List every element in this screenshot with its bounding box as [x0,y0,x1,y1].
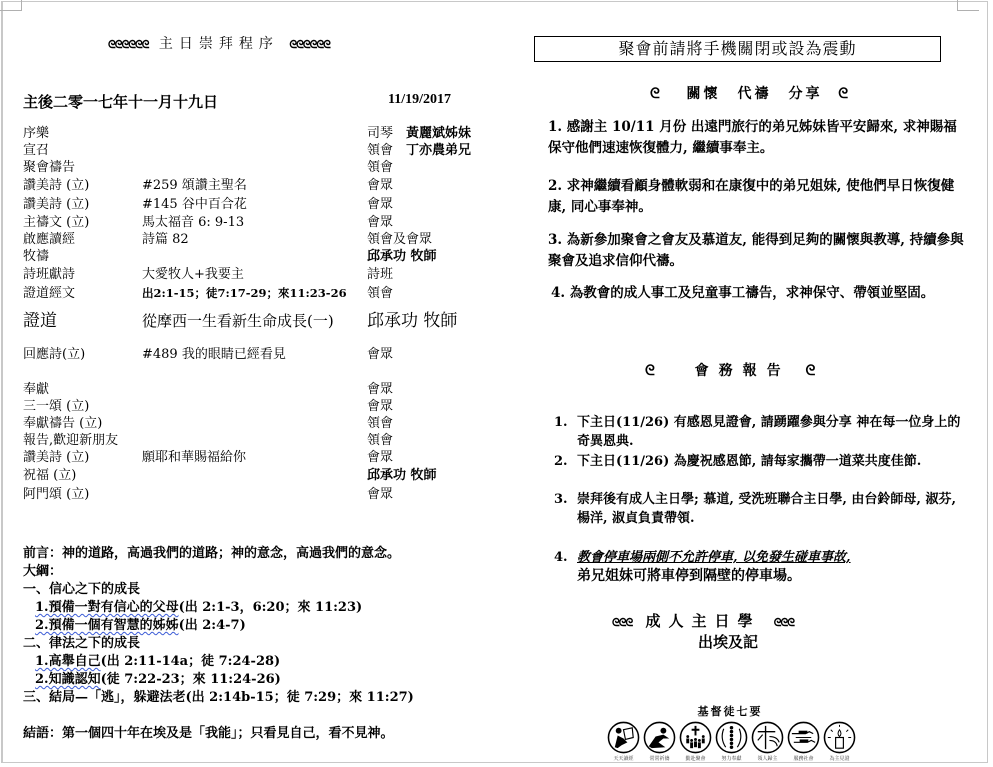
program-role: 會眾 [367,176,393,195]
program-item: 奉獻禱告 (立) [23,415,102,432]
essential-item: 為主見證 [822,721,857,762]
essential-item: 努力奉獻 [714,721,749,762]
offering-icon [714,721,749,754]
program-role: 領會 [367,284,393,303]
prayer-item-4: 4. 為教會的成人事工及兒童事工禱告，求神保守、帶領並堅固。 [551,283,971,304]
phone-notice-box: 聚會前請將手機關閉或設為震動 [534,36,941,62]
program-row: 主禱文 (立) 馬太福音 6: 9-13 會眾 [23,214,493,231]
announcement-text: 弟兄姐妹可將車停到隔壁的停車場。 [577,567,966,586]
program-row: 奉獻 會眾 [23,381,493,398]
ornament-icon: ᘓ [838,86,851,102]
program-row: 阿門頌 (立) 會眾 [23,485,493,504]
outline-point-ref: (出 2:1-3，6:20；來 11:23) [179,600,363,615]
announcement-number: 3. [554,490,568,509]
outline-point-ref: (出 2:11-14a；徒 7:24-28) [101,654,281,669]
kneeling-prayer-icon [642,721,677,754]
outline-point-label: 2.預備一個有智慧的姊姊 [35,618,179,633]
program-list: 序樂 司琴 黃麗斌姊妹 宣召 領會 丁亦農弟兄 聚會禱告 領會 讚美詩 (立) … [23,125,493,504]
cross-lead-icon [750,721,785,754]
outline-point-ref: (徒 7:22-23；來 11:24-26) [101,672,281,687]
outline-point: 2.知識認知(徒 7:22-23；來 11:24-26) [23,671,414,689]
essential-caption: 常常祈禱 [649,755,669,762]
program-row: 報告,歡迎新朋友 領會 [23,432,493,449]
essential-item: 領人歸主 [750,721,785,762]
ornament-icon: ᘓᘓᘓ [612,616,632,629]
program-item: 聚會禱告 [23,159,75,176]
program-detail: #145 谷中百合花 [142,195,247,214]
seven-essentials-icons: 天天讀經 常常祈禱 勤赴聚會 [606,721,854,762]
parking-warning: 教會停車場兩側不允許停車, 以免發生碰車事故, [577,548,966,567]
program-item: 證道 [23,303,57,339]
announcement-number: 4. [554,548,568,567]
program-person: 黃麗斌姊妹 [406,125,471,142]
program-detail: 大愛牧人+我要主 [142,265,244,284]
ornament-icon: ᘓᘓᘓᘓᘓᘓ [289,38,329,51]
program-role: 領會 [367,415,393,432]
ornament-icon: ᘓᘓᘓ [774,616,794,629]
program-role: 詩班 [367,265,393,284]
program-row: 證道經文 出2:1-15；徒7:17-29；來11:23-26 領會 [23,284,493,303]
program-item: 啟應讀經 [23,231,75,248]
announcement-item-3: 3. 崇拜後有成人主日學; 慕道, 受洗班聯合主日學, 由台鈴師母, 淑芬, 楊… [554,490,966,528]
program-role: 會眾 [367,485,393,504]
essential-caption: 天天讀經 [613,755,633,762]
program-detail: 詩篇 82 [142,231,189,248]
program-row: 詩班獻詩 大愛牧人+我要主 詩班 [23,265,493,284]
program-item: 證道經文 [23,284,75,303]
church-business-heading: ᘓ 會務報告 ᘓ [645,360,825,380]
serving-hands-icon [786,721,821,754]
program-role: 領會 [367,432,393,449]
program-item: 報告,歡迎新朋友 [23,432,118,449]
outline-point: 1.預備一對有信心的父母(出 2:1-3，6:20；來 11:23) [23,599,414,617]
program-row: 三一頌 (立) 會眾 [23,398,493,415]
program-detail: 出2:1-15；徒7:17-29；來11:23-26 [142,284,347,303]
program-role: 會眾 [367,449,393,466]
outline-preface: 前言：神的道路，高過我們的道路；神的意念，高過我們的意念。 [23,545,414,563]
care-prayer-heading: ᘓ 關懷 代禱 分享 ᘓ [650,83,851,103]
program-role: 邱承功 牧師 [367,466,437,485]
announcement-item-4: 4. 教會停車場兩側不允許停車, 以免發生碰車事故, 弟兄姐妹可將車停到隔壁的停… [554,548,966,586]
program-row: 聚會禱告 領會 [23,159,493,176]
outline-conclusion: 結語：第一個四十年在埃及是「我能」；只看見自己，看不見神。 [23,725,414,743]
program-row: 序樂 司琴 黃麗斌姊妹 [23,125,493,142]
candle-witness-icon [822,721,857,754]
program-item: 祝福 (立) [23,466,76,485]
announcement-number: 2. [554,452,568,471]
church-gathering-icon [678,721,713,754]
essential-item: 勤赴聚會 [678,721,713,762]
seven-essentials-title: 基督徒七要 [606,703,854,719]
outline-point: 1.高舉自己(出 2:11-14a；徒 7:24-28) [23,653,414,671]
program-item: 奉獻 [23,381,49,398]
sunday-school-heading: ᘓᘓᘓ 成人主日學 ᘓᘓᘓ [612,610,794,631]
outline-section-title: 三、結局—「逃」，躲避法老(出 2:14b-15；徒 7:29；來 11:27) [23,689,414,707]
announcement-text: 崇拜後有成人主日學; 慕道, 受洗班聯合主日學, 由台鈴師母, 淑芬, 楊洋, … [577,490,966,528]
prayer-item-1: 1. 感謝主 10/11 月份 出遠門旅行的弟兄姊妹皆平安歸來, 求神賜福保守他… [548,117,968,159]
program-item: 回應詩(立) [23,346,85,363]
program-role: 邱承功 牧師 [367,248,437,265]
program-row-sermon: 證道 從摩西一生看新生命成長(一) 邱承功 牧師 [23,303,493,343]
essential-caption: 領人歸主 [757,755,777,762]
program-item: 牧禱 [23,248,49,265]
program-row: 祝福 (立) 邱承功 牧師 [23,466,493,485]
date-chinese: 主後二零一七年十一月十九日 [23,91,218,112]
program-item: 序樂 [23,125,49,142]
heading-text: 會務報告 [695,363,791,379]
essential-caption: 努力奉獻 [721,755,741,762]
spacer [23,707,414,725]
program-person: 丁亦農弟兄 [406,142,471,159]
crop-mark-top-right [957,0,979,11]
program-item: 詩班獻詩 [23,265,75,284]
program-role: 會眾 [367,195,393,214]
program-item: 讚美詩 (立) [23,449,89,466]
program-role: 領會及會眾 [367,231,432,248]
order-of-worship-title: ᘓᘓᘓᘓᘓᘓ 主日崇拜程序 ᘓᘓᘓᘓᘓᘓ [108,33,330,53]
program-row: 回應詩(立) #489 我的眼睛已經看見 會眾 [23,346,493,363]
reading-bible-icon [606,721,641,754]
essential-caption: 勤赴聚會 [685,755,705,762]
outline-section-title: 二、律法之下的成長 [23,635,414,653]
preacher: 邱承功 牧師 [367,303,457,339]
announcement-text: 下主日(11/26) 有感恩見證會, 請踴躍參與分享 神在每一位身上的奇異恩典. [577,413,966,451]
program-item: 讚美詩 (立) [23,176,89,195]
announcement-item-1: 1. 下主日(11/26) 有感恩見證會, 請踴躍參與分享 神在每一位身上的奇異… [554,413,966,451]
outline-heading: 大綱： [23,563,414,581]
program-row: 宣召 領會 丁亦農弟兄 [23,142,493,159]
outline-point-label: 1.高舉自己 [35,654,101,669]
title-text: 主日崇拜程序 [159,36,279,52]
program-row: 啟應讀經 詩篇 82 領會及會眾 [23,231,493,248]
ornament-icon: ᘓ [805,363,825,379]
outline-point-label: 1.預備一對有信心的父母 [35,600,179,615]
program-role: 會眾 [367,214,393,231]
program-item: 阿門頌 (立) [23,485,89,504]
essential-item: 天天讀經 [606,721,641,762]
outline-point: 2.預備一個有智慧的姊姊(出 2:4-7) [23,617,414,635]
program-item: 三一頌 (立) [23,398,89,415]
program-role: 領會 [367,159,393,176]
date-numeric: 11/19/2017 [388,92,451,108]
essential-item: 服務社會 [786,721,821,762]
announcement-text: 下主日(11/26) 為慶祝感恩節, 請每家攜帶一道菜共度佳節. [577,452,966,471]
outline-section-title: 一、信心之下的成長 [23,581,414,599]
program-item: 宣召 [23,142,49,159]
sunday-school-subject: 出埃及記 [698,631,758,652]
essential-caption: 服務社會 [793,755,813,762]
seven-essentials-graphic: 基督徒七要 天天讀經 常常祈禱 [606,703,854,762]
outline-point-label: 2.知識認知 [35,672,101,687]
announcement-number: 1. [554,413,568,432]
sermon-title: 從摩西一生看新生命成長(一) [142,303,334,339]
program-detail: #259 頌讚主聖名 [142,176,247,195]
program-row: 讚美詩 (立) 願耶和華賜福給你 會眾 [23,449,493,466]
program-role: 司琴 [367,125,393,142]
program-detail: 馬太福音 6: 9-13 [142,214,244,231]
announcement-item-2: 2. 下主日(11/26) 為慶祝感恩節, 請每家攜帶一道菜共度佳節. [554,452,966,471]
heading-text: 成人主日學 [645,612,760,630]
program-role: 會眾 [367,398,393,415]
ornament-icon: ᘓᘓᘓᘓᘓᘓ [108,38,148,51]
crop-mark-top-left [0,0,22,11]
essential-caption: 為主見證 [829,755,849,762]
essential-item: 常常祈禱 [642,721,677,762]
program-detail: 願耶和華賜福給你 [142,449,246,466]
program-row: 牧禱 邱承功 牧師 [23,248,493,265]
ornament-icon: ᘓ [650,86,663,102]
program-detail: #489 我的眼睛已經看見 [142,346,286,363]
program-item: 讚美詩 (立) [23,195,89,214]
heading-text: 關懷 代禱 分享 [686,86,822,102]
program-role: 領會 [367,142,393,159]
program-item: 主禱文 (立) [23,214,89,231]
prayer-item-2: 2. 求神繼續看顧身體軟弱和在康復中的弟兄姐妹, 使他們早日恢復健康, 同心事奉… [548,176,968,218]
program-row: 讚美詩 (立) #145 谷中百合花 會眾 [23,195,493,214]
ornament-icon: ᘓ [645,363,665,379]
prayer-item-3: 3. 為新參加聚會之會友及慕道友, 能得到足夠的關懷與教導, 持續參與聚會及追求… [548,230,968,272]
program-role: 會眾 [367,346,393,363]
program-role: 會眾 [367,381,393,398]
sermon-outline: 前言：神的道路，高過我們的道路；神的意念，高過我們的意念。 大綱： 一、信心之下… [23,545,414,743]
program-row: 讚美詩 (立) #259 頌讚主聖名 會眾 [23,176,493,195]
program-row: 奉獻禱告 (立) 領會 [23,415,493,432]
outline-point-ref: (出 2:4-7) [179,618,246,633]
